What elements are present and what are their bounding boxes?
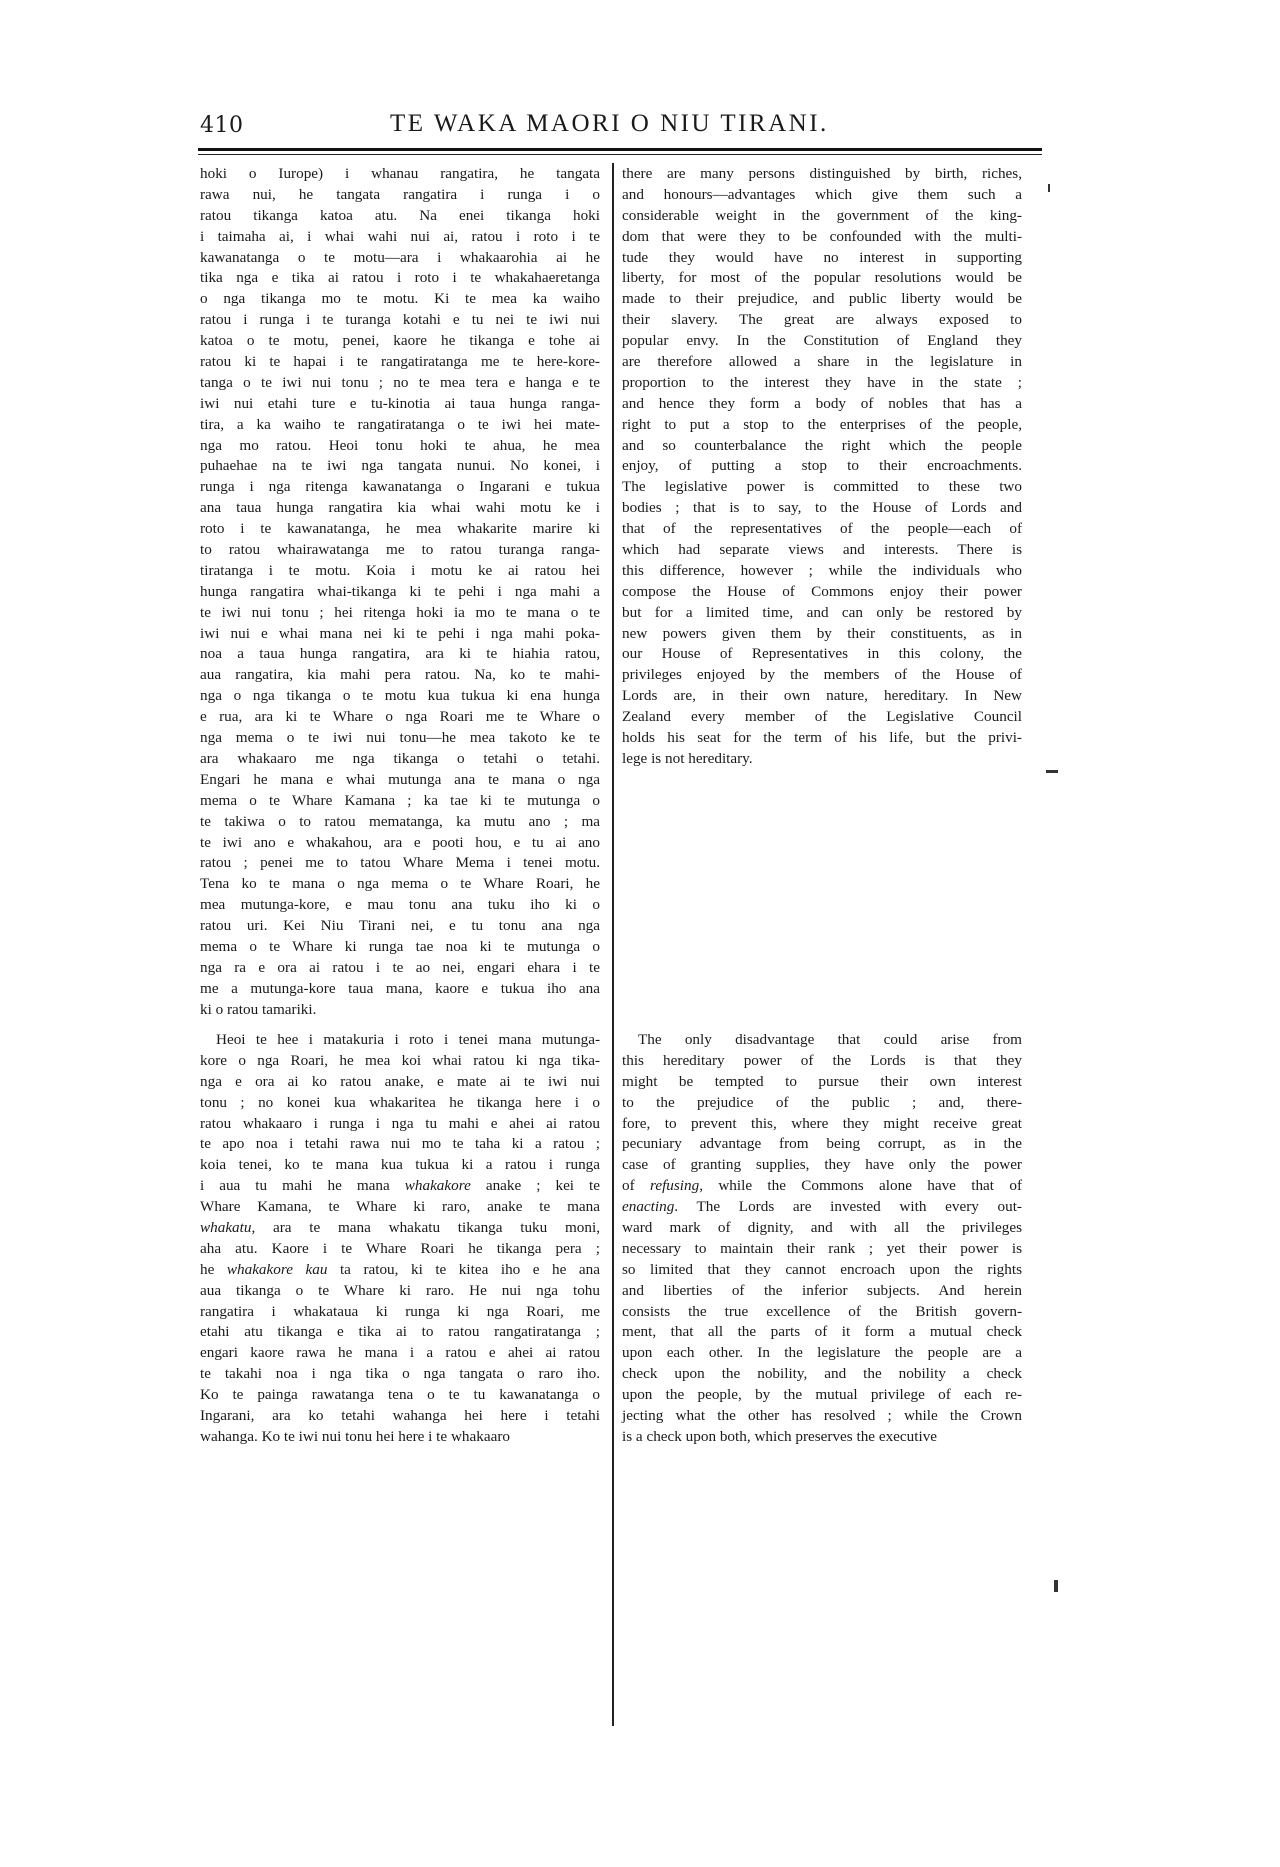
text-line: puhaehae na te iwi nga tangata nunui. No… [200, 456, 600, 477]
text-line: to ratou whairawatanga me to ratou turan… [200, 540, 600, 561]
text-line: proportion to the interest they have in … [622, 373, 1022, 394]
column-divider [612, 163, 614, 1726]
text-line: Heoi te hee i matakuria i roto i tenei m… [200, 1030, 600, 1051]
text-line: popular envy. In the Constitution of Eng… [622, 331, 1022, 352]
text-line: i aua tu mahi he mana whakakore anake ; … [200, 1176, 600, 1197]
text-line: ratou ; penei me to tatou Whare Mema i t… [200, 853, 600, 874]
text-line: ratou whakaaro i runga i nga tu mahi e a… [200, 1114, 600, 1135]
text-line: of refusing, while the Commons alone hav… [622, 1176, 1022, 1197]
text-line: check upon the nobility, and the nobilit… [622, 1364, 1022, 1385]
masthead-title: TE WAKA MAORI O NIU TIRANI. [390, 110, 950, 138]
text-line: tude they would have no interest in supp… [622, 248, 1022, 269]
text-line: lege is not hereditary. [622, 749, 1022, 770]
text-line: are therefore allowed a share in the leg… [622, 352, 1022, 373]
text-line: necessary to maintain their rank ; yet t… [622, 1239, 1022, 1260]
text-line: ratou tikanga katoa atu. Na enei tikanga… [200, 206, 600, 227]
text-line: ana taua hunga rangatira kia whai wahi m… [200, 498, 600, 519]
text-line: Lords are, in their own nature, heredita… [622, 686, 1022, 707]
text-line: dom that were they to be confounded with… [622, 227, 1022, 248]
text-line: their slavery. The great are always expo… [622, 310, 1022, 331]
text-line: jecting what the other has resolved ; wh… [622, 1406, 1022, 1427]
text-line: mea mutunga-kore, e mau tonu ana tuku ih… [200, 895, 600, 916]
text-line: ward mark of dignity, and with all the p… [622, 1218, 1022, 1239]
text-line: nga mema o te iwi nui tonu—he mea takoto… [200, 728, 600, 749]
text-line: ment, that all the parts of it form a mu… [622, 1322, 1022, 1343]
text-line: this difference, however ; while the ind… [622, 561, 1022, 582]
text-line: holds his seat for the term of his life,… [622, 728, 1022, 749]
text-line: runga i nga ritenga kawanatanga o Ingara… [200, 477, 600, 498]
text-line: ratou i runga i te turanga kotahi e tu n… [200, 310, 600, 331]
text-line: might be tempted to pursue their own int… [622, 1072, 1022, 1093]
text-line: case of granting supplies, they have onl… [622, 1155, 1022, 1176]
text-line: engari kaore rawa he mana i a ratou e ah… [200, 1343, 600, 1364]
text-line: te takiwa o to ratou mematanga, ka mutu … [200, 812, 600, 833]
text-line: The legislative power is committed to th… [622, 477, 1022, 498]
header-rule-thin [198, 154, 1042, 155]
text-line: nga mo ratou. Heoi tonu hoki te ahua, he… [200, 436, 600, 457]
english-column-bottom: The only disadvantage that could arise f… [622, 1030, 1022, 1448]
text-line: te iwi nui tonu ; hei ritenga hoki ia mo… [200, 603, 600, 624]
text-line: wahanga. Ko te iwi nui tonu hei here i t… [200, 1427, 600, 1448]
text-line: compose the House of Commons enjoy their… [622, 582, 1022, 603]
text-line: and hence they form a body of nobles tha… [622, 394, 1022, 415]
text-line: roto i te kawanatanga, he mea whakarite … [200, 519, 600, 540]
text-line: but for a limited time, and can only be … [622, 603, 1022, 624]
maori-column-bottom: Heoi te hee i matakuria i roto i tenei m… [200, 1030, 600, 1448]
newspaper-page: 410 TE WAKA MAORI O NIU TIRANI. hoki o I… [0, 0, 1280, 1867]
text-line: aha atu. Kaore i te Whare Roari he tikan… [200, 1239, 600, 1260]
text-line: enjoy, of putting a stop to their encroa… [622, 456, 1022, 477]
text-line: etahi atu tikanga e tika ai to ratou ran… [200, 1322, 600, 1343]
text-line: te takahi noa i nga tika o nga tangata o… [200, 1364, 600, 1385]
text-line: to the prejudice of the public ; and, th… [622, 1093, 1022, 1114]
text-line: right to put a stop to the enterprises o… [622, 415, 1022, 436]
text-line: enacting. The Lords are invested with ev… [622, 1197, 1022, 1218]
text-line: tira, a ka waiho te rangatiratanga o te … [200, 415, 600, 436]
text-line: bodies ; that is to say, to the House of… [622, 498, 1022, 519]
text-line: there are many persons distinguished by … [622, 164, 1022, 185]
text-line: and liberties of the inferior subjects. … [622, 1281, 1022, 1302]
text-line: aua tikanga o te Whare ki raro. He nui n… [200, 1281, 600, 1302]
header-rule-thick [198, 148, 1042, 151]
page-number: 410 [200, 113, 244, 138]
text-line: tika nga e tika ai ratou i roto i te wha… [200, 268, 600, 289]
text-line: te iwi ano e whakahou, ara e pooti hou, … [200, 833, 600, 854]
text-line: i taimaha ai, i whai wahi nui ai, ratou … [200, 227, 600, 248]
text-line: mema o te Whare ki runga tae noa ki te m… [200, 937, 600, 958]
text-line: te apo noa i tetahi rawa nui mo te taha … [200, 1134, 600, 1155]
text-line: e rua, ara ki te Whare o nga Roari me te… [200, 707, 600, 728]
text-line: considerable weight in the government of… [622, 206, 1022, 227]
text-line: made to their prejudice, and public libe… [622, 289, 1022, 310]
text-line: koia tenei, ko te mana kua tukua ki a ra… [200, 1155, 600, 1176]
text-line: pecuniary advantage from being corrupt, … [622, 1134, 1022, 1155]
text-line: tiratanga i te motu. Koia i motu ke ai r… [200, 561, 600, 582]
text-line: Zealand every member of the Legislative … [622, 707, 1022, 728]
text-line: mema o te Whare Kamana ; ka tae ki te mu… [200, 791, 600, 812]
text-line: ratou uri. Kei Niu Tirani nei, e tu tonu… [200, 916, 600, 937]
margin-mark [1054, 1580, 1058, 1592]
text-line: new powers given them by their constitue… [622, 624, 1022, 645]
text-line: Engari he mana e whai mutunga ana te man… [200, 770, 600, 791]
text-line: Ingarani, ara ko tetahi wahanga hei here… [200, 1406, 600, 1427]
text-line: o nga tikanga mo te motu. Ki te mea ka w… [200, 289, 600, 310]
text-line: kawanatanga o te motu—ara i whakaarohia … [200, 248, 600, 269]
text-line: consists the true excellence of the Brit… [622, 1302, 1022, 1323]
margin-mark [1048, 184, 1050, 192]
text-line: noa a taua hunga rangatira, ara ki te hi… [200, 644, 600, 665]
text-line: ratou ki te hapai i te rangatiratanga me… [200, 352, 600, 373]
text-line: nga ra e ora ai ratou i te ao nei, engar… [200, 958, 600, 979]
text-line: whakatu, ara te mana whakatu tikanga tuk… [200, 1218, 600, 1239]
text-line: rangatira i whakataua ki runga ki nga Ro… [200, 1302, 600, 1323]
text-line: kore o nga Roari, he mea koi whai ratou … [200, 1051, 600, 1072]
text-line: and honours—advantages which give them s… [622, 185, 1022, 206]
text-line: so limited that they cannot encroach upo… [622, 1260, 1022, 1281]
text-line: this hereditary power of the Lords is th… [622, 1051, 1022, 1072]
text-line: which had separate views and interests. … [622, 540, 1022, 561]
text-line: tonu ; no konei kua whakaritea he tikang… [200, 1093, 600, 1114]
text-line: hunga rangatira whai-tikanga ki te pehi … [200, 582, 600, 603]
text-line: aua rangatira, kia mahi pera ratou. Na, … [200, 665, 600, 686]
text-line: iwi nui e whai mana nei ki te pehi i nga… [200, 624, 600, 645]
text-line: tanga o te iwi nui tonu ; no te mea tera… [200, 373, 600, 394]
text-line: ara whakaaro me nga tikanga o tetahi o t… [200, 749, 600, 770]
text-line: upon each other. In the legislature the … [622, 1343, 1022, 1364]
margin-mark [1046, 770, 1058, 773]
text-line: katoa o te motu, penei, kaore he tikanga… [200, 331, 600, 352]
text-line: fore, to prevent this, where they might … [622, 1114, 1022, 1135]
text-line: hoki o Iurope) i whanau rangatira, he ta… [200, 164, 600, 185]
text-line: is a check upon both, which preserves th… [622, 1427, 1022, 1448]
text-line: he whakakore kau ta ratou, ki te kitea i… [200, 1260, 600, 1281]
text-line: that of the representatives of the peopl… [622, 519, 1022, 540]
maori-column-top: hoki o Iurope) i whanau rangatira, he ta… [200, 164, 600, 1021]
text-line: privileges enjoyed by the members of the… [622, 665, 1022, 686]
text-line: upon the people, by the mutual privilege… [622, 1385, 1022, 1406]
text-line: Ko te painga rawatanga tena o te tu kawa… [200, 1385, 600, 1406]
text-line: nga o nga tikanga o te motu kua tukua ki… [200, 686, 600, 707]
text-line: liberty, for most of the popular resolut… [622, 268, 1022, 289]
text-line: me a mutunga-kore taua mana, kaore e tuk… [200, 979, 600, 1000]
text-line: iwi nui etahi ture e tu-kinotia ai taua … [200, 394, 600, 415]
text-line: ki o ratou tamariki. [200, 1000, 600, 1021]
english-column-top: there are many persons distinguished by … [622, 164, 1022, 770]
text-line: Whare Kamana, te Whare ki raro, anake te… [200, 1197, 600, 1218]
text-line: and so counterbalance the right which th… [622, 436, 1022, 457]
text-line: rawa nui, he tangata rangatira i runga i… [200, 185, 600, 206]
text-line: The only disadvantage that could arise f… [622, 1030, 1022, 1051]
text-line: Tena ko te mana o nga mema o te Whare Ro… [200, 874, 600, 895]
text-line: nga e ora ai ko ratou anake, e mate ai t… [200, 1072, 600, 1093]
text-line: our House of Representatives in this col… [622, 644, 1022, 665]
